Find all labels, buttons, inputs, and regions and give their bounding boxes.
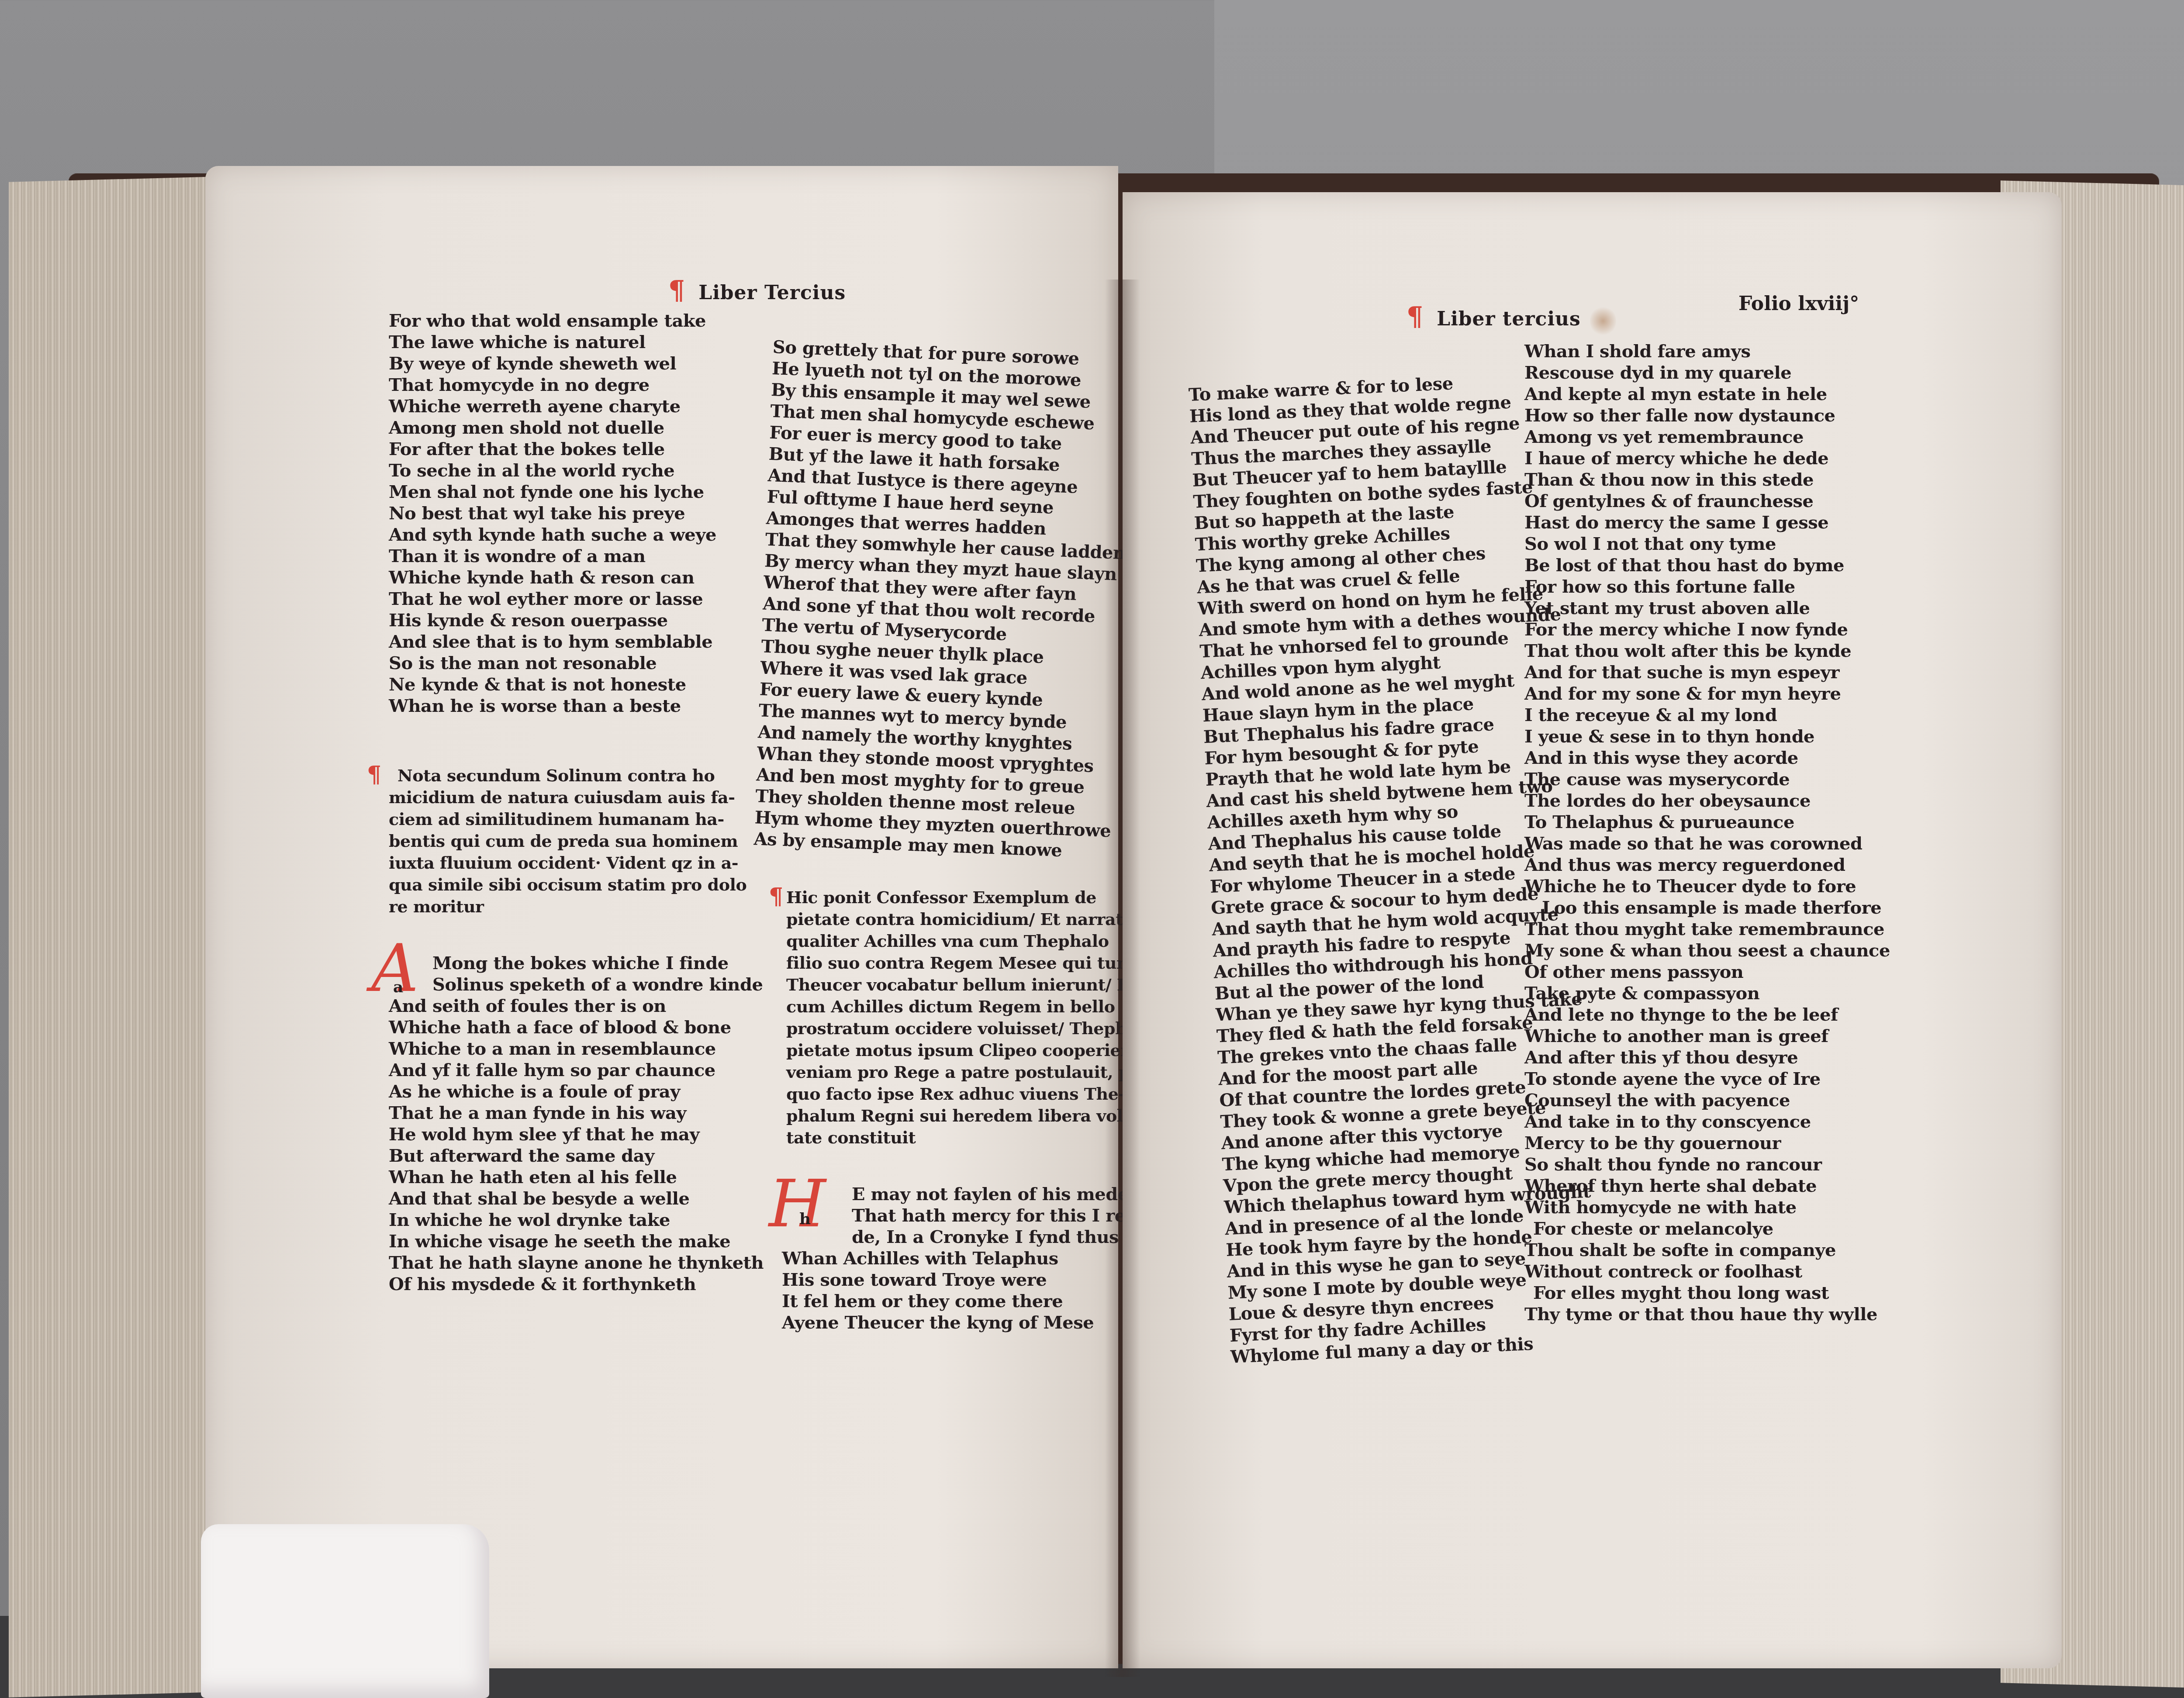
book-gutter (1105, 280, 1140, 1677)
verse-line: Counseyl the with pacyence (1524, 1090, 1890, 1111)
verse-line: So shalt thou fynde no rancour (1524, 1154, 1890, 1175)
verse-line: His sone toward Troye were (782, 1269, 1133, 1291)
verse-line: Without contreck or foolhast (1524, 1261, 1890, 1282)
verse-line: I yeue & sese in to thyn honde (1524, 726, 1890, 747)
verse-block-with-initial-2: H h E may not faylen of his mede That ha… (782, 1184, 1133, 1333)
latin-marginal-note: ¶ Nota secundum Solinum contra ho micidi… (389, 765, 764, 918)
verse-line: And in this wyse they acorde (1524, 747, 1890, 769)
running-head-text: Liber tercius (1437, 308, 1581, 330)
verse-line: How so ther falle now dystaunce (1524, 405, 1890, 426)
latin-line: phalum Regni sui heredem libera volū- (786, 1105, 1155, 1127)
verse-line: By weye of kynde sheweth wel (389, 353, 764, 374)
verse-line: Mercy to be thy gouernour (1524, 1132, 1890, 1154)
verse-line: As he whiche is a foule of pray (389, 1081, 764, 1102)
verse-line: Men shal not fynde one his lyche (389, 481, 764, 503)
latin-line: bentis qui cum de preda sua hominem (389, 830, 764, 852)
verse-line: For who that wold ensample take (389, 310, 764, 331)
verse-line: I haue of mercy whiche he dede (1524, 448, 1890, 469)
verse-line: That hath mercy for this I re- (782, 1205, 1133, 1226)
verse-line: Whiche kynde hath & reson can (389, 567, 764, 588)
verse-line: And take in to thy conscyence (1524, 1111, 1890, 1132)
running-head-text: Liber Tercius (698, 282, 846, 304)
verse-line: That he hath slayne anone he thynketh (389, 1252, 764, 1273)
verse-line: For elles myght thou long wast (1524, 1282, 1890, 1304)
verse-line: Of other mens passyon (1524, 961, 1890, 983)
left-column-1: For who that wold ensample take The lawe… (389, 310, 764, 1295)
verse-line: And kepte al myn estate in hele (1524, 383, 1890, 405)
rubricated-initial: H (769, 1166, 826, 1242)
verse-line: Among vs yet remembraunce (1524, 426, 1890, 448)
guide-letter: a (393, 978, 403, 996)
latin-line: Nota secundum Solinum contra ho (389, 765, 764, 787)
verse-line: Whiche to a man in resemblaunce (389, 1038, 764, 1060)
verse-line: For the mercy whiche I now fynde (1524, 619, 1890, 640)
latin-line: pietate motus ipsum Clipeo cooperiens (786, 1039, 1155, 1061)
verse-line: Whan he is worse than a beste (389, 695, 764, 717)
verse-line: Ayene Theucer the kyng of Mese (782, 1312, 1133, 1333)
latin-line: pietate contra homicidium/ Et narrat (786, 908, 1155, 930)
verse-line: To stonde ayene the vyce of Ire (1524, 1068, 1890, 1090)
verse-line: Mong the bokes whiche I finde (389, 953, 764, 974)
verse-line: And that shal be besyde a welle (389, 1188, 764, 1209)
verse-block-with-initial: A a Mong the bokes whiche I finde Solinu… (389, 953, 764, 1295)
verse-line: Loo this ensample is made therfore (1524, 897, 1890, 918)
latin-line: cum Achilles dictum Regem in bello (786, 996, 1155, 1018)
folio-number: Folio lxviij° (1738, 293, 1859, 315)
pilcrow-icon: ¶ (367, 761, 381, 788)
verse-line: In whiche he wol drynke take (389, 1209, 764, 1231)
pilcrow-icon: ¶ (769, 883, 783, 910)
verse-line: Solinus speketh of a wondre kinde (389, 974, 764, 995)
verse-line: In whiche visage he seeth the make (389, 1231, 764, 1252)
verse-line: Wherof thyn herte shal debate (1524, 1175, 1890, 1197)
verse-line: E may not faylen of his mede (782, 1184, 1133, 1205)
verse-line: That thou wolt after this be kynde (1524, 640, 1890, 662)
verse-line: For how so this fortune falle (1524, 576, 1890, 597)
verse-line: And for that suche is myn espeyr (1524, 662, 1890, 683)
verse-line: To seche in al the world ryche (389, 460, 764, 481)
verse-line: Among men shold not duelle (389, 417, 764, 438)
latin-line: quo facto ipse Rex adhuc viuens The- (786, 1083, 1155, 1105)
verse-line: But afterward the same day (389, 1145, 764, 1167)
latin-line: veniam pro Rege a patre postulauit, p (786, 1061, 1155, 1083)
verse-line: The lawe whiche is naturel (389, 331, 764, 353)
verse-line: The cause was myserycorde (1524, 769, 1890, 790)
latin-marginal-note-2: ¶ Hic ponit Confessor Exemplum de pietat… (786, 887, 1155, 1149)
verse-line: Of gentylnes & of fraunchesse (1524, 490, 1890, 512)
latin-line: Theucer vocabatur bellum inierunt/ Et (786, 974, 1155, 996)
verse-line: It fel hem or they come there (782, 1291, 1133, 1312)
latin-line: tate constituit (786, 1127, 1155, 1149)
verse-line: For cheste or melancolye (1524, 1218, 1890, 1239)
verse-line: With homycyde ne with hate (1524, 1197, 1890, 1218)
right-column-2: Whan I shold fare amys Rescouse dyd in m… (1524, 341, 1890, 1325)
verse-line: de, In a Cronyke I fynd thus (782, 1226, 1133, 1248)
latin-line: qua simile sibi occisum statim pro dolo (389, 874, 764, 896)
latin-line: Hic ponit Confessor Exemplum de (786, 887, 1155, 908)
verse-line: Of his mysdede & it forthynketh (389, 1273, 764, 1295)
right-page: ¶Liber tercius Folio lxviij° To make war… (1123, 192, 2062, 1668)
verse-line: That homycyde in no degre (389, 374, 764, 396)
verse-line: Whiche werreth ayene charyte (389, 396, 764, 417)
verse-line: Hast do mercy the same I gesse (1524, 512, 1890, 533)
verse-line: Rescouse dyd in my quarele (1524, 362, 1890, 383)
running-head-right: ¶Liber tercius (1406, 301, 1581, 332)
latin-line: prostratum occidere voluisset/ Thephal9 (786, 1018, 1155, 1039)
verse-line: Yet stant my trust aboven alle (1524, 597, 1890, 619)
verse-line: That thou myght take remembraunce (1524, 918, 1890, 940)
verse-line: Whan he hath eten al his felle (389, 1167, 764, 1188)
verse-line: Thy tyme or that thou haue thy wylle (1524, 1304, 1890, 1325)
verse-block: So grettely that for pure sorowe He lyue… (753, 336, 1133, 863)
left-column-2: So grettely that for pure sorowe He lyue… (753, 336, 1133, 863)
verse-line: He wold hym slee yf that he may (389, 1124, 764, 1145)
verse-line: No best that wyl take his preye (389, 503, 764, 524)
verse-line: I the receyue & al my lond (1524, 704, 1890, 726)
verse-line: Was made so that he was corowned (1524, 833, 1890, 854)
verse-line: My sone & whan thou seest a chaunce (1524, 940, 1890, 961)
verse-line: Thou shalt be softe in companye (1524, 1239, 1890, 1261)
page-weight-snake (201, 1524, 489, 1698)
verse-block: For who that wold ensample take The lawe… (389, 310, 764, 717)
latin-line: re moritur (389, 896, 764, 918)
verse-line: So is the man not resonable (389, 652, 764, 674)
verse-line: Ne kynde & that is not honeste (389, 674, 764, 695)
latin-line: micidium de natura cuiusdam auis fa- (389, 787, 764, 808)
verse-line: Be lost of that thou hast do byme (1524, 555, 1890, 576)
verse-line: That he wol eyther more or lasse (389, 588, 764, 610)
foxing-stain (1590, 306, 1616, 336)
guide-letter: h (799, 1210, 811, 1228)
verse-line: For after that the bokes telle (389, 438, 764, 460)
verse-line: Take pyte & compassyon (1524, 983, 1890, 1004)
verse-line: His kynde & reson ouerpasse (389, 610, 764, 631)
verse-line: And after this yf thou desyre (1524, 1047, 1890, 1068)
verse-line: And seith of foules ther is on (389, 995, 764, 1017)
verse-line: To Thelaphus & purueaunce (1524, 811, 1890, 833)
verse-line: Whiche he to Theucer dyde to fore (1524, 876, 1890, 897)
verse-line: And syth kynde hath suche a weye (389, 524, 764, 545)
verse-line: And slee that is to hym semblable (389, 631, 764, 652)
verse-line: So wol I not that ony tyme (1524, 533, 1890, 555)
verse-line: Whiche to another man is greef (1524, 1025, 1890, 1047)
verse-line: The lordes do her obeysaunce (1524, 790, 1890, 811)
verse-line: And for my sone & for myn heyre (1524, 683, 1890, 704)
verse-line: And lete no thynge to the be leef (1524, 1004, 1890, 1025)
verse-line: That he a man fynde in his way (389, 1102, 764, 1124)
verse-line: Whan I shold fare amys (1524, 341, 1890, 362)
pilcrow-icon: ¶ (1406, 301, 1424, 332)
verse-line: And thus was mercy reguerdoned (1524, 854, 1890, 876)
latin-line: qualiter Achilles vna cum Thephalo (786, 930, 1155, 952)
verse-line: Than & thou now in this stede (1524, 469, 1890, 490)
verse-line: Than it is wondre of a man (389, 545, 764, 567)
page-edges-left (9, 176, 236, 1698)
verse-line: And yf it falle hym so par chaunce (389, 1060, 764, 1081)
latin-line: filio suo contra Regem Mesee qui tunc (786, 952, 1155, 974)
latin-line: ciem ad similitudinem humanam ha- (389, 808, 764, 830)
running-head-left: ¶Liber Tercius (668, 275, 846, 306)
verse-line: Whan Achilles with Telaphus (782, 1248, 1133, 1269)
verse-line: Whiche hath a face of blood & bone (389, 1017, 764, 1038)
left-page: ¶Liber Tercius For who that wold ensampl… (205, 166, 1118, 1668)
pilcrow-icon: ¶ (668, 275, 685, 306)
latin-line: iuxta fluuium occident· Vident qz in a- (389, 852, 764, 874)
